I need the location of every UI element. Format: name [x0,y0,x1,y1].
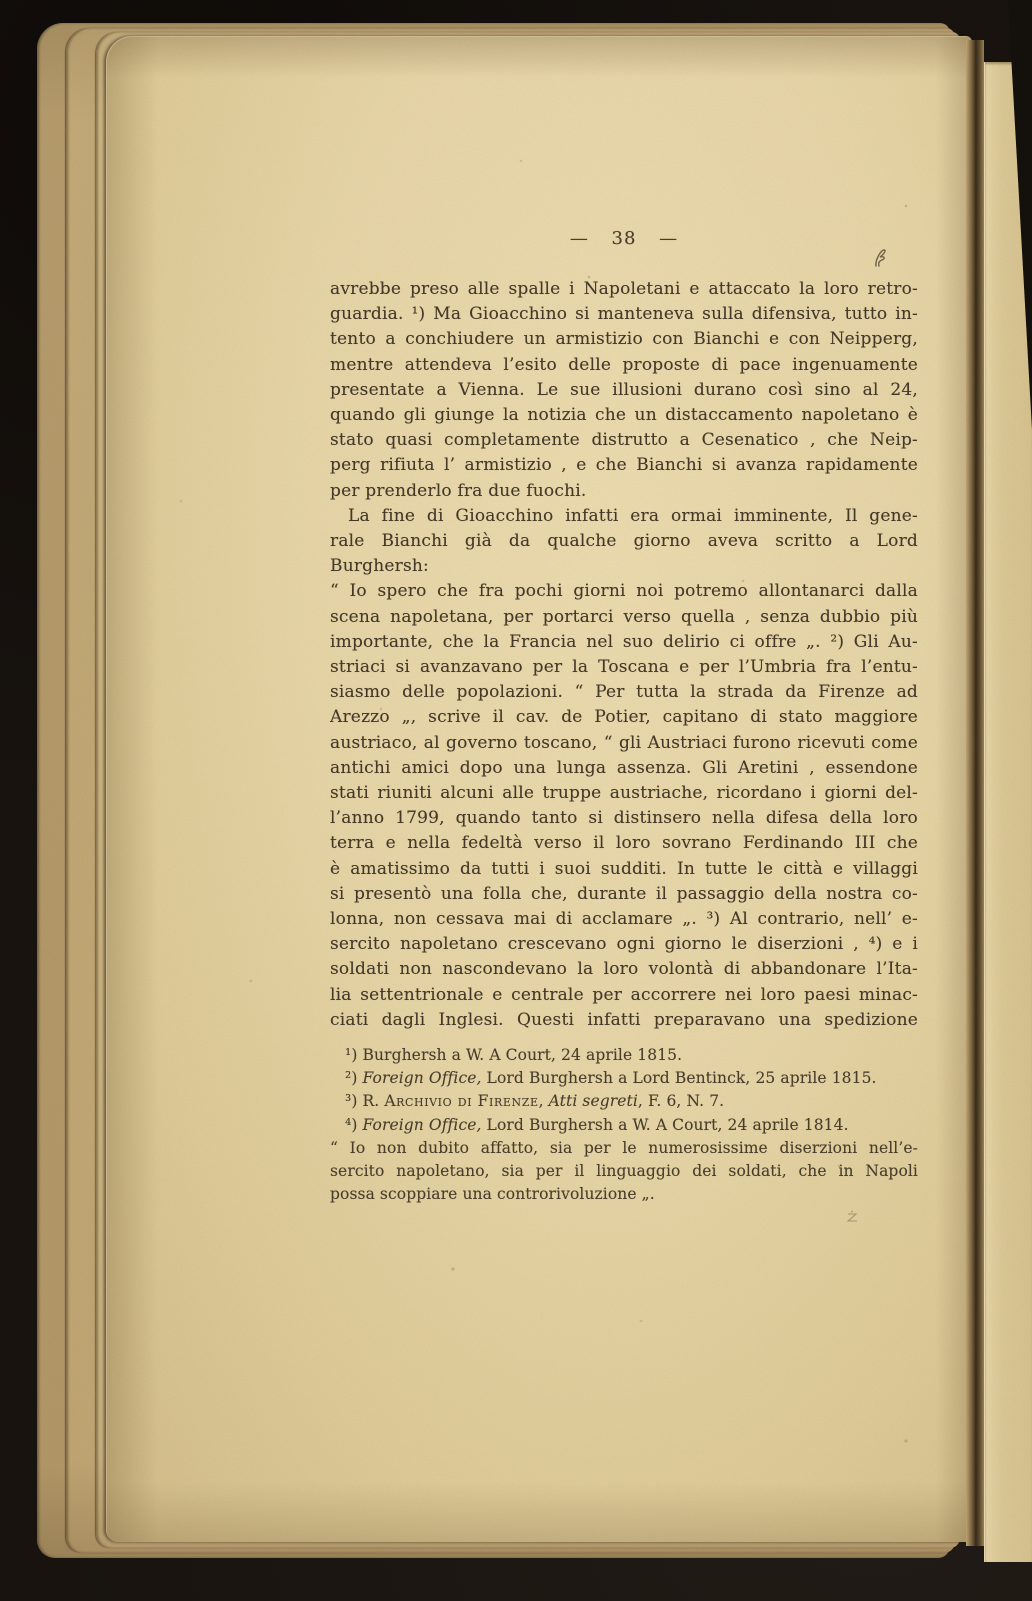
body-line: siasmo delle popolazioni. “ Per tutta la… [330,680,918,705]
body-line: stati riuniti alcuni alle truppe austria… [330,781,918,806]
page-number: — 38 — [330,228,918,249]
body-line: sercito napoletano crescevano ogni giorn… [330,932,918,957]
body-line: soldati non nascondevano la loro volontà… [330,957,918,982]
footnote-line: ⁴) Foreign Office, Lord Burghersh a W. A… [330,1114,918,1137]
body-line: austriaco, al governo toscano, “ gli Aus… [330,731,918,756]
footnote-line: sercito napoletano, sia per il linguaggi… [330,1160,918,1183]
footnote-text: Archivio di Firenze [384,1092,538,1110]
body-line: “ Io spero che fra pochi giorni noi potr… [330,579,918,604]
footnote-text: Atti segreti [549,1092,638,1110]
footnote-text: Lord Burghersh a Lord Bentinck, 25 april… [482,1069,877,1087]
body-line: rale Bianchi già da qualche giorno aveva… [330,529,918,579]
body-line: ciati dagli Inglesi. Questi infatti prep… [330,1008,918,1033]
body-line: quando gli giunge la notizia che un dist… [330,403,918,428]
body-line: per prenderlo fra due fuochi. [330,479,918,504]
footnote-text: Foreign Office, [363,1069,482,1087]
footnote-text: “ Io non dubito affatto, sia per le nume… [330,1139,918,1157]
gutter-shadow [966,40,984,1546]
footnote-text: Foreign Office, [363,1116,482,1134]
body-line: terra e nella fedeltà verso il loro sovr… [330,831,918,856]
footnote-text: , [539,1092,549,1110]
footnote-text: Lord Burghersh a W. A Court, 24 aprile 1… [482,1116,849,1134]
pencil-mark-icon [846,1210,860,1224]
body-line: si presentò una folla che, durante il pa… [330,882,918,907]
paper-specks [0,0,2,2]
body-line: striaci si avanzavano per la Toscana e p… [330,655,918,680]
body-line: mentre attendeva l’esito delle proposte … [330,353,918,378]
body-line: presentate a Vienna. Le sue illusioni du… [330,378,918,403]
body-line: antichi amici dopo una lunga assenza. Gl… [330,756,918,781]
body-line: lia settentrionale e centrale per accorr… [330,983,918,1008]
body-line: l’anno 1799, quando tanto si distinsero … [330,806,918,831]
body-line: perg rifiuta l’ armistizio , e che Bianc… [330,453,918,478]
body-line: lonna, non cessava mai di acclamare „. ³… [330,907,918,932]
footnote-line: ²) Foreign Office, Lord Burghersh a Lord… [330,1067,918,1090]
footnote-text: ⁴) [345,1116,363,1134]
body-line: La fine di Gioacchino infatti era ormai … [330,504,918,529]
footnote-text: sercito napoletano, sia per il linguaggi… [330,1162,918,1180]
footnote-line: ³) R. Archivio di Firenze, Atti segreti,… [330,1090,918,1113]
body-text: avrebbe preso alle spalle i Napoletani e… [330,277,918,1033]
body-line: guardia. ¹) Ma Gioacchino si manteneva s… [330,302,918,327]
footnote-line: possa scoppiare una controrivoluzione „. [330,1183,918,1206]
body-line: stato quasi completamente distrutto a Ce… [330,428,918,453]
book-scan: — 38 — avrebbe preso alle spalle i Napol… [0,0,1032,1601]
footnote-line: ¹) Burghersh a W. A Court, 24 aprile 181… [330,1044,918,1067]
footnote-text: possa scoppiare una controrivoluzione „. [330,1185,655,1203]
body-line: scena napoletana, per portarci verso que… [330,605,918,630]
footnote-text: ¹) Burghersh a W. A Court, 24 aprile 181… [345,1046,682,1064]
footnote-line: “ Io non dubito affatto, sia per le nume… [330,1137,918,1160]
footnotes: ¹) Burghersh a W. A Court, 24 aprile 181… [330,1044,918,1206]
footnote-text: ³) R. [345,1092,384,1110]
footnote-text: ²) [345,1069,363,1087]
body-line: avrebbe preso alle spalle i Napoletani e… [330,277,918,302]
body-line: tento a conchiudere un armistizio con Bi… [330,327,918,352]
footnote-text: , F. 6, N. 7. [638,1092,724,1110]
ink-smudge-icon [872,247,890,269]
body-line: è amatissimo da tutti i suoi sudditi. In… [330,857,918,882]
body-line: Arezzo „, scrive il cav. de Potier, capi… [330,705,918,730]
body-line: importante, che la Francia nel suo delir… [330,630,918,655]
